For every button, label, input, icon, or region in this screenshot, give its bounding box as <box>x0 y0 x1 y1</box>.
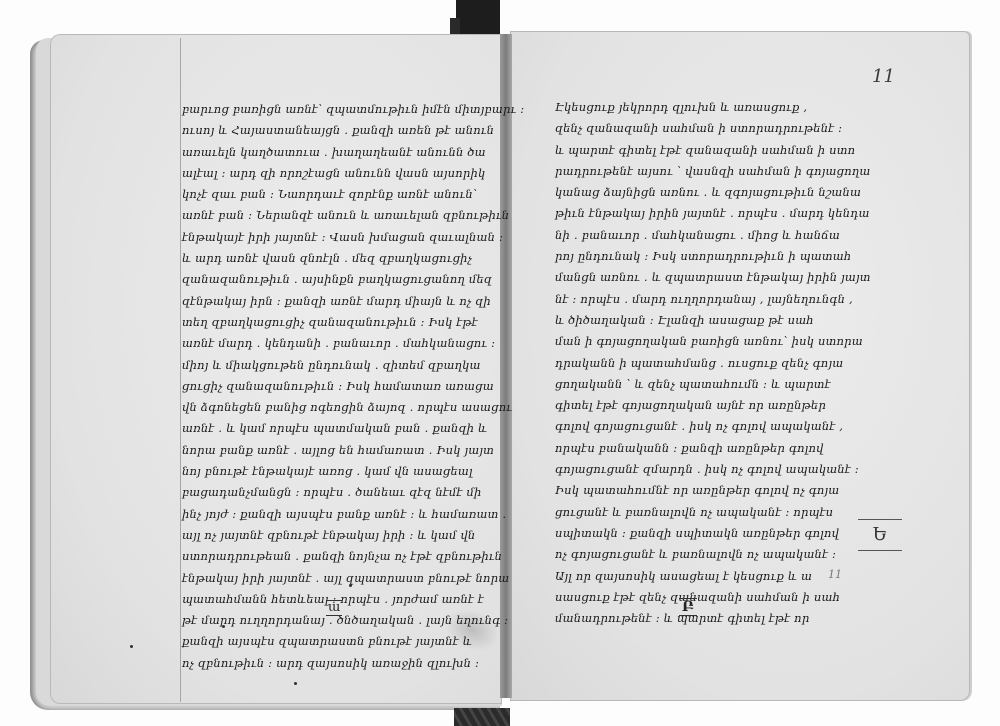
text-line: և ծիծաղական ։ Էլանզի ասացաք թէ սահ <box>555 310 855 331</box>
text-line: ինչ յոյժ ։ քանզի այսպէս բանք առնէ ։ և հա… <box>182 504 487 525</box>
binding-tab-bottom <box>454 708 510 726</box>
text-line: կոչէ զաւ բան ։ Նաորդաւէ զորէնք առնէ անու… <box>182 184 487 205</box>
text-line: մանցն առնու ․ և զպատրաստ էնթակայ իրին յա… <box>555 267 855 288</box>
text-line: նորա բանք առնէ ․ այլոց են համառատ ․ Իսկ … <box>182 440 487 461</box>
open-manuscript: բարւոց բառիցն առնէ՝ զպատմութիւն իմէն միտ… <box>0 0 1000 726</box>
text-line: նոյ բնութէ էնթակայէ առոց ․ կամ վն ասացեա… <box>182 461 487 482</box>
text-line: բացադանչմանցն ։ որպէս ․ ծանեաւ զէզ նէմէ … <box>182 482 487 503</box>
left-margin-rule <box>180 38 181 702</box>
text-line: ստորադրութեան ․ քանզի նոյնչա ոչ էթէ զբնո… <box>182 546 487 567</box>
text-line: ցուցանէ և բառնալովն ոչ ապականէ ։ որպէս <box>555 502 855 523</box>
text-line: այլ ոչ յայտնէ զբնութէ էնթակայ իրի ։ և կա… <box>182 525 487 546</box>
text-line: մանադրութենէ ։ և պարտէ գիտել էթէ որ <box>555 608 855 629</box>
text-line: ալէալ ։ արդ զի որոշէացն անունն վասն այսո… <box>182 163 487 184</box>
text-line: ոչ զբնութիւն ։ արդ զայսոսիկ առաջին զլուխ… <box>182 653 487 674</box>
ink-dot <box>294 682 297 685</box>
text-line: զենչ զանազանի սահման ի ստորադրութենէ ։ <box>555 118 855 139</box>
right-page-text: Էկեսցուք յեկրորդ զլուխն և առասցուք ,զենչ… <box>555 97 855 629</box>
text-line: թիւն էնթակայ իրին յայտնէ ․ որպէս ․ մարդ … <box>555 203 855 224</box>
text-line: նէ ։ որպէս ․ մարդ ուղղորդանայ , լայնեղու… <box>555 289 855 310</box>
ink-dot <box>222 625 225 628</box>
right-signature-mark: Բ <box>679 598 697 616</box>
text-line: առնէ մարդ ․ կենդանի ․ բանաւոր ․ մահկանաց… <box>182 333 487 354</box>
text-line: գոյացուցանէ զմարդն ․ իսկ ոչ գոլով ապական… <box>555 459 855 480</box>
text-line: սասցուք էթէ զենչ զանազանի սահման ի սահ <box>555 587 855 608</box>
text-line: րոյ ընդունակ ։ Իսկ ստորադրութիւն ի պատահ <box>555 246 855 267</box>
text-line: վն ձգոնեցեն բանից ոգեոցին ձայոզ ․ որպէս … <box>182 397 487 418</box>
ink-dot <box>349 584 352 587</box>
text-line: ցողականն ՝ և զենչ պատահումն ։ և պարտէ <box>555 374 855 395</box>
text-line: քանզի այսպէս զպատրաստն բնութէ յայտնէ և <box>182 631 487 652</box>
pencil-mark: 11 <box>828 568 842 581</box>
text-line: ման ի գոյացողական բառիցն առնու՝ իսկ ստոր… <box>555 331 855 352</box>
text-line: Էկեսցուք յեկրորդ զլուխն և առասցուք , <box>555 97 855 118</box>
text-line: սպիտակն ։ քանզի սպիտակն առընթեր գոլով <box>555 523 855 544</box>
text-line: գիտել էթէ գոյացողական այնէ որ առընթեր <box>555 395 855 416</box>
left-page-text: բարւոց բառիցն առնէ՝ զպատմութիւն իմէն միտ… <box>182 99 487 674</box>
folio-number: 11 <box>872 66 895 87</box>
text-line: ուսոյ և Հայաստանեայցն ․ քանզի առեն թէ ան… <box>182 120 487 141</box>
text-line: ոչ գոյացուցանէ և բառնալովն ոչ ապականէ ։ <box>555 544 855 565</box>
text-line: առնէ բան ։ Ներանզէ անուն և առաւելան զբնո… <box>182 205 487 226</box>
text-line: նի ․ բանաւոր ․ մահկանացու ․ միոց և հանճա <box>555 225 855 246</box>
text-line: որպէս բանականն ։ քանզի առընթեր գոլով <box>555 438 855 459</box>
text-line: միոյ և միակցութեն ընդունակ ․ զիտեմ զբաղկ… <box>182 355 487 376</box>
text-line: գոլով գոյացուցանէ ․ իսկ ոչ գոլով ապականէ… <box>555 416 855 437</box>
text-line: Այլ որ զայսոսիկ ասացեալ է կեսցուք և ա <box>555 566 855 587</box>
text-line: դրականն ի պատահմանց ․ ուսցուք զենչ գոյա <box>555 353 855 374</box>
text-line: րադրութենէ այսու ՝ վասնզի սահման ի գոյաց… <box>555 161 855 182</box>
text-line: զէնթակայ իրն ։ քանզի առնէ մարդ միայն և ո… <box>182 291 487 312</box>
text-line: կանաց ձայնիցն առնու ․ և զգոյացութիւն նշա… <box>555 182 855 203</box>
text-line: առաւելն կաղծատուա ․ խաղաղեանէ անունն ծա <box>182 142 487 163</box>
left-signature-mark: ա <box>326 600 342 616</box>
book-spine <box>500 34 512 698</box>
text-line: տեղ զբաղկացուցիչ զանազանութիւն ։ Իսկ էթէ <box>182 312 487 333</box>
text-line: և պարտէ գիտել էթէ զանազանի սահման ի ստո <box>555 140 855 161</box>
ink-dot <box>130 645 133 648</box>
margin-note: Ե <box>858 519 902 551</box>
text-line: զանազանութիւն ․ այսինքն բաղկացուցանող մե… <box>182 269 487 290</box>
binding-tab-top <box>456 0 500 34</box>
text-line: Իսկ պատահումնէ որ առընթեր գոլով ոչ գոյա <box>555 480 855 501</box>
text-line: էնթակայ իրի յայտնէ ․ այլ զպատրաստ բնութէ… <box>182 568 487 589</box>
text-line: և արդ առնէ վասն զնոէլն ․ մեզ զբաղկացուցի… <box>182 248 487 269</box>
text-line: առնէ ․ և կամ որպէս պատմական բան ․ քանզի … <box>182 418 487 439</box>
text-line: էնթակայէ իրի յայտնէ ։ Վասն խմացան զաւալն… <box>182 227 487 248</box>
text-line: ցուցիչ զանազանութիւն ։ Իսկ համատառ առացա <box>182 376 487 397</box>
text-line: բարւոց բառիցն առնէ՝ զպատմութիւն իմէն միտ… <box>182 99 487 120</box>
